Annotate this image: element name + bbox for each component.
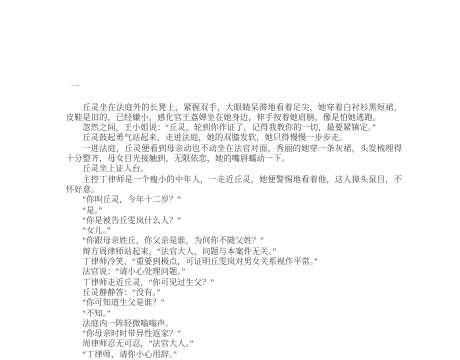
paragraph: “女儿。” bbox=[66, 226, 402, 236]
paragraph: 丘灵鼓起勇气站起来，走进法庭，她的双膝发软，她只得慢慢一步步走。 bbox=[66, 133, 402, 143]
page-text-block: 一 丘灵坐在法庭外的长凳上，紧握双手，大眼睛呆滞地看着足尖，她穿着白衬衫黑短裙，… bbox=[66, 82, 402, 360]
paragraph: 丁律师走近丘灵，“你可见过生父？” bbox=[66, 278, 402, 288]
paragraph: 辩方周律师站起来，“法官大人，问题与本案件无关。” bbox=[66, 247, 402, 257]
paragraph: “你母亲时时带异性返家？” bbox=[66, 329, 402, 339]
book-page: 一 丘灵坐在法庭外的长凳上，紧握双手，大眼睛呆滞地看着足尖，她穿着白衬衫黑短裙，… bbox=[0, 0, 460, 360]
paragraph: 忽然之间，王小姐说：“丘灵，轮到你作证了，记得我教你的一切，最要紧镇定。” bbox=[66, 123, 402, 133]
paragraph: 丁律师冷笑，“重要到极点，可证明丘雯岚对男女关系视作平常。” bbox=[66, 257, 402, 267]
paragraph: 丘灵坐上证人台。 bbox=[66, 164, 402, 174]
paragraph: 丘灵坐在法庭外的长凳上，紧握双手，大眼睛呆滞地看着足尖，她穿着白衬衫黑短裙，皮鞋… bbox=[66, 103, 402, 124]
paragraph: “你叫丘灵，今年十二岁？” bbox=[66, 195, 402, 205]
paragraph: 法官说：“请小心处理问题。” bbox=[66, 267, 402, 277]
paragraph: 一进法庭，丘灵便看到母亲动也不动坐在法官对面，秀丽的她穿一条灰裙，头发梳理得十分… bbox=[66, 144, 402, 165]
paragraph: “你跟母亲姓丘，你父亲是谁，为何你不随父姓？” bbox=[66, 236, 402, 246]
chapter-number: 一 bbox=[66, 82, 402, 92]
paragraph: 周律师忍无可忍，“法官大人。” bbox=[66, 339, 402, 349]
paragraph: “丁律师，请你小心用辞。” bbox=[66, 350, 402, 360]
paragraph: 法庭内一阵轻微嗡嗡声。 bbox=[66, 319, 402, 329]
paragraph: “你可知道生父是谁？” bbox=[66, 298, 402, 308]
paragraph: “不知。” bbox=[66, 309, 402, 319]
paragraph: “是。” bbox=[66, 206, 402, 216]
paragraph: 丘灵静静答：“没有。” bbox=[66, 288, 402, 298]
paragraph: “你是被告丘雯岚什么人？” bbox=[66, 216, 402, 226]
paragraph: 主控丁律师是一个瘦小的中年人，一走近丘灵，她便警惕地看着他，这人獐头鼠目，不怀好… bbox=[66, 175, 402, 196]
